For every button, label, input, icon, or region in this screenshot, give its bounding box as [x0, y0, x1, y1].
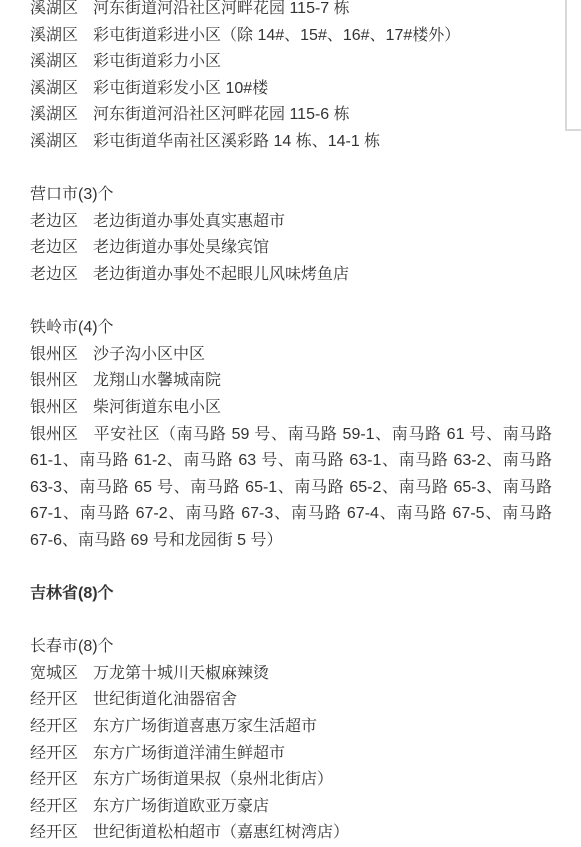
- district-label: 经开区: [30, 767, 78, 794]
- province-heading: 吉林省(8)个: [30, 581, 552, 608]
- address-row: 溪湖区彩屯街道彩发小区 10#楼: [30, 76, 552, 103]
- address-text: 彩屯街道华南社区溪彩路 14 栋、14-1 栋: [93, 133, 380, 150]
- district-label: 经开区: [30, 687, 78, 714]
- address-row: 银州区沙子沟小区中区: [30, 342, 552, 369]
- address-text: 河东街道河沿社区河畔花园 115-6 栋: [93, 106, 350, 123]
- address-row: 经开区世纪街道化油器宿舍: [30, 687, 552, 714]
- address-text: 东方广场街道欧亚万豪店: [93, 798, 269, 815]
- district-label: 经开区: [30, 794, 78, 821]
- district-label: 银州区: [30, 395, 78, 422]
- address-text: 彩屯街道彩进小区（除 14#、15#、16#、17#楼外）: [93, 27, 460, 44]
- address-text: 沙子沟小区中区: [93, 346, 205, 363]
- document-content: 溪湖区河东街道河沿社区河畔花园 115-7 栋 溪湖区彩屯街道彩进小区（除 14…: [0, 0, 581, 847]
- address-row: 老边区老边街道办事处真实惠超市: [30, 209, 552, 236]
- address-row: 老边区老边街道办事处不起眼儿风味烤鱼店: [30, 262, 552, 289]
- district-label: 溪湖区: [30, 102, 78, 129]
- address-row: 银州区柴河街道东电小区: [30, 395, 552, 422]
- section-changchun: 长春市(8)个 宽城区万龙第十城川天椒麻辣烫 经开区世纪街道化油器宿舍 经开区东…: [30, 634, 552, 847]
- address-row: 经开区东方广场街道欧亚万豪店: [30, 794, 552, 821]
- district-label: 溪湖区: [30, 49, 78, 76]
- district-label: 老边区: [30, 235, 78, 262]
- address-row: 银州区龙翔山水馨城南院: [30, 368, 552, 395]
- address-row: 溪湖区河东街道河沿社区河畔花园 115-7 栋: [30, 0, 552, 23]
- address-text: 万龙第十城川天椒麻辣烫: [93, 665, 269, 682]
- address-row: 银州区平安社区（南马路 59 号、南马路 59-1、南马路 61 号、南马路 6…: [30, 422, 552, 555]
- section-city-rows: 溪湖区河东街道河沿社区河畔花园 115-7 栋 溪湖区彩屯街道彩进小区（除 14…: [30, 0, 552, 156]
- district-label: 经开区: [30, 820, 78, 847]
- section-tieling: 铁岭市(4)个 银州区沙子沟小区中区 银州区龙翔山水馨城南院 银州区柴河街道东电…: [30, 315, 552, 554]
- cropped-frame-corner: [565, 0, 581, 131]
- district-label: 老边区: [30, 209, 78, 236]
- district-label: 溪湖区: [30, 23, 78, 50]
- district-label: 溪湖区: [30, 0, 78, 23]
- address-text: 世纪街道化油器宿舍: [93, 691, 237, 708]
- address-text: 世纪街道松柏超市（嘉惠红树湾店）: [93, 824, 349, 841]
- address-text: 老边街道办事处不起眼儿风味烤鱼店: [93, 266, 349, 283]
- district-label: 经开区: [30, 714, 78, 741]
- district-label: 宽城区: [30, 661, 78, 688]
- address-row: 溪湖区彩屯街道华南社区溪彩路 14 栋、14-1 栋: [30, 129, 552, 156]
- address-row: 经开区东方广场街道洋浦生鲜超市: [30, 741, 552, 768]
- address-row: 老边区老边街道办事处昊缘宾馆: [30, 235, 552, 262]
- address-row: 溪湖区河东街道河沿社区河畔花园 115-6 栋: [30, 102, 552, 129]
- address-text: 平安社区（南马路 59 号、南马路 59-1、南马路 61 号、南马路 61-1…: [30, 426, 552, 549]
- district-label: 银州区: [30, 368, 78, 395]
- district-label: 老边区: [30, 262, 78, 289]
- address-text: 龙翔山水馨城南院: [93, 372, 221, 389]
- district-label: 银州区: [30, 422, 78, 449]
- city-heading: 长春市(8)个: [30, 634, 552, 661]
- district-label: 溪湖区: [30, 129, 78, 156]
- address-row: 溪湖区彩屯街道彩进小区（除 14#、15#、16#、17#楼外）: [30, 23, 552, 50]
- address-row: 经开区东方广场街道果叔（泉州北街店）: [30, 767, 552, 794]
- address-row: 宽城区万龙第十城川天椒麻辣烫: [30, 661, 552, 688]
- address-row: 经开区东方广场街道喜惠万家生活超市: [30, 714, 552, 741]
- address-text: 老边街道办事处昊缘宾馆: [93, 239, 269, 256]
- district-label: 经开区: [30, 741, 78, 768]
- section-yingkou: 营口市(3)个 老边区老边街道办事处真实惠超市 老边区老边街道办事处昊缘宾馆 老…: [30, 182, 552, 288]
- district-label: 溪湖区: [30, 76, 78, 103]
- risk-area-list-document: 溪湖区河东街道河沿社区河畔花园 115-7 栋 溪湖区彩屯街道彩进小区（除 14…: [0, 0, 581, 847]
- address-row: 经开区世纪街道松柏超市（嘉惠红树湾店）: [30, 820, 552, 847]
- address-text: 河东街道河沿社区河畔花园 115-7 栋: [93, 0, 350, 17]
- city-heading: 铁岭市(4)个: [30, 315, 552, 342]
- address-row: 溪湖区彩屯街道彩力小区: [30, 49, 552, 76]
- section-jilin-province: 吉林省(8)个: [30, 581, 552, 608]
- address-text: 东方广场街道洋浦生鲜超市: [93, 745, 285, 762]
- address-text: 东方广场街道果叔（泉州北街店）: [93, 771, 333, 788]
- address-text: 东方广场街道喜惠万家生活超市: [93, 718, 317, 735]
- address-text: 老边街道办事处真实惠超市: [93, 213, 285, 230]
- district-label: 银州区: [30, 342, 78, 369]
- city-heading: 营口市(3)个: [30, 182, 552, 209]
- address-text: 柴河街道东电小区: [93, 399, 221, 416]
- address-text: 彩屯街道彩发小区 10#楼: [93, 80, 268, 97]
- address-text: 彩屯街道彩力小区: [93, 53, 221, 70]
